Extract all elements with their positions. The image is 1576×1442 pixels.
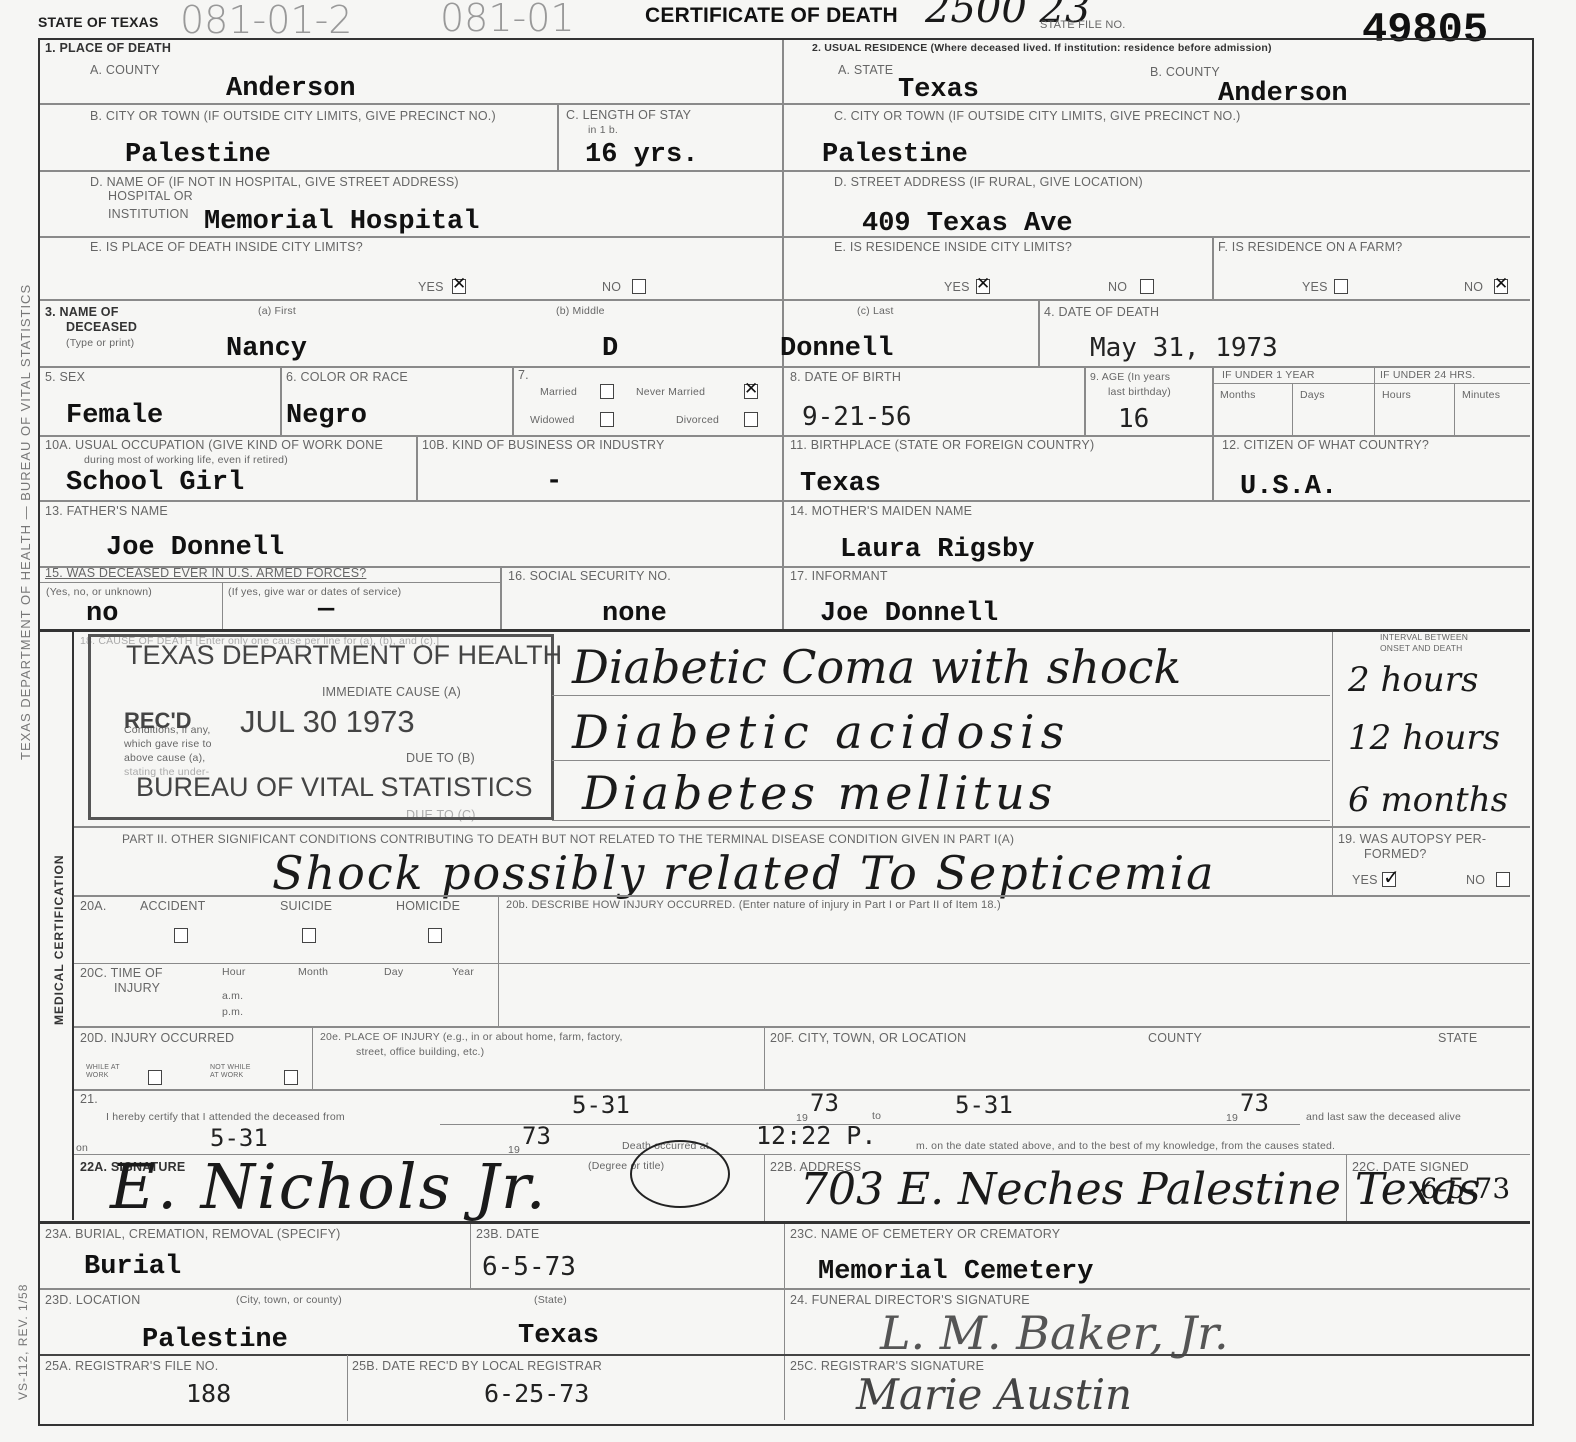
never-married-label: Never Married [636, 386, 705, 398]
signature-circle [630, 1140, 730, 1208]
last-saw-text: and last saw the deceased alive [1306, 1111, 1461, 1123]
farm-yes-checkbox[interactable] [1334, 279, 1348, 294]
under-1-year-label: IF UNDER 1 YEAR [1222, 369, 1315, 381]
ssn-divider [500, 567, 502, 629]
birthplace-value: Texas [800, 470, 881, 498]
hours-label: Hours [1382, 389, 1411, 401]
autopsy-no-label: NO [1466, 873, 1485, 887]
attended-from-value: 5-31 [572, 1091, 630, 1119]
first-name-value: Nancy [226, 335, 307, 363]
interval-label-2: ONSET AND DEATH [1380, 643, 1463, 653]
residence-limits-yes-checkbox[interactable] [976, 279, 990, 294]
state-label: STATE OF TEXAS [38, 15, 159, 29]
pm-label: p.m. [222, 1006, 243, 1018]
autopsy-yes-checkbox[interactable] [1382, 872, 1396, 887]
dob-value: 9-21-56 [802, 403, 912, 431]
autopsy-label-2: FORMED? [1364, 847, 1427, 861]
ssn-label: 16. SOCIAL SECURITY NO. [508, 569, 671, 583]
name-label: 3. NAME OF [45, 305, 119, 319]
homicide-checkbox[interactable] [428, 928, 442, 943]
age-value: 16 [1118, 405, 1149, 433]
residence-limits-no-label: NO [1108, 280, 1127, 294]
location-city-sublabel: (City, town, or county) [236, 1294, 342, 1306]
age-divider [1084, 367, 1086, 435]
death-limits-yes-label: YES [418, 280, 444, 294]
married-checkbox[interactable] [600, 384, 614, 399]
residence-city-label: c. CITY OR TOWN (If outside city limits,… [834, 109, 1241, 123]
while-at-work-label: WHILE AT WORK [86, 1064, 136, 1080]
date-received-label: 25b. DATE REC'D BY LOCAL REGISTRAR [352, 1359, 602, 1373]
occupation-label-2: during most of working life, even if ret… [84, 454, 288, 466]
accident-checkbox[interactable] [174, 928, 188, 943]
state-file-label: STATE FILE NO. [1040, 18, 1126, 32]
stamp-bureau: BUREAU OF VITAL STATISTICS [136, 772, 533, 803]
to-year-prefix: 19 [1226, 1112, 1238, 1124]
residence-city-value: Palestine [822, 141, 968, 169]
informant-value: Joe Donnell [820, 600, 998, 628]
date-of-death-value: May 31, 1973 [1090, 334, 1278, 362]
funeral-director-signature: L. M. Baker, Jr. [880, 1306, 1229, 1360]
under-year-divider [1212, 367, 1214, 435]
col-divider [470, 1224, 471, 1288]
am-label: a.m. [222, 990, 243, 1002]
widowed-checkbox[interactable] [600, 412, 614, 427]
injury-city-label: 20f. CITY, TOWN, OR LOCATION [770, 1031, 966, 1045]
interval-a-value: 2 hours [1348, 660, 1478, 700]
death-inside-limits-label: e. IS PLACE OF DEATH INSIDE CITY LIMITS? [90, 240, 363, 254]
medical-border [72, 630, 74, 1220]
row-divider [40, 236, 1530, 238]
dob-label: 8. DATE OF BIRTH [790, 370, 901, 384]
death-city-label: b. CITY OR TOWN (If outside city limits,… [90, 109, 496, 123]
accident-num-label: 20a. [80, 899, 107, 913]
marital-divider [512, 367, 514, 435]
death-limits-no-checkbox[interactable] [632, 279, 646, 294]
day-label: Day [384, 966, 403, 978]
burial-date-label: 23b. DATE [476, 1227, 539, 1241]
farm-divider [1212, 237, 1214, 299]
death-city-value: Palestine [125, 141, 271, 169]
injury-county-label: COUNTY [1148, 1031, 1202, 1045]
residence-limits-label: e. IS RESIDENCE INSIDE CITY LIMITS? [834, 240, 1072, 254]
age-label-2: last birthday) [1108, 386, 1171, 398]
mother-label: 14. MOTHER'S MAIDEN NAME [790, 504, 972, 518]
col-divider [347, 1355, 348, 1421]
suicide-checkbox[interactable] [302, 928, 316, 943]
never-married-checkbox[interactable] [744, 384, 758, 399]
farm-no-label: NO [1464, 280, 1483, 294]
residence-county-label: b. COUNTY [1150, 65, 1220, 79]
father-label: 13. FATHER'S NAME [45, 504, 168, 518]
under-divider [1214, 383, 1530, 384]
farm-no-checkbox[interactable] [1494, 279, 1508, 294]
registrar-file-label: 25a. REGISTRAR'S FILE NO. [45, 1359, 218, 1373]
ssn-value: none [602, 600, 667, 628]
part2-label: PART II. OTHER SIGNIFICANT CONDITIONS CO… [122, 832, 1014, 846]
place-of-injury-label: 20e. PLACE OF INJURY (e.g., in or about … [320, 1031, 623, 1043]
interval-c-value: 6 months [1348, 780, 1508, 820]
injury-state-label: STATE [1438, 1031, 1477, 1045]
location-label: 23d. LOCATION [45, 1293, 140, 1307]
hospital-label-2: HOSPITAL OR [108, 189, 193, 203]
residence-state-value: Texas [898, 76, 979, 104]
burial-label: 23a. BURIAL, CREMATION, REMOVAL (Specify… [45, 1227, 341, 1241]
row-divider [74, 963, 1530, 964]
col-divider [764, 1155, 765, 1221]
armed-divider [40, 582, 500, 583]
injury-occurred-label: 20d. INJURY OCCURRED [80, 1031, 234, 1045]
divorced-checkbox[interactable] [744, 412, 758, 427]
homicide-label: HOMICIDE [396, 899, 460, 913]
describe-injury-label: 20b. DESCRIBE HOW INJURY OCCURRED. (Ente… [506, 899, 1001, 911]
widowed-label: Widowed [530, 414, 575, 426]
sex-value: Female [66, 402, 163, 430]
sex-label: 5. SEX [45, 370, 85, 384]
stamp-department: TEXAS DEPARTMENT OF HEALTH [126, 640, 562, 671]
stamp-recd: REC'D [124, 708, 192, 734]
cause-line [552, 760, 1330, 761]
location-state-value: Texas [518, 1322, 599, 1350]
row-divider [74, 1089, 1530, 1091]
last-saw-value: 5-31 [210, 1124, 268, 1152]
occupation-value: School Girl [66, 469, 244, 497]
time-of-injury-label: 20c. TIME OF [80, 966, 163, 980]
business-divider [416, 436, 418, 500]
cemetery-label: 23c. NAME OF CEMETERY OR CREMATORY [790, 1227, 1060, 1241]
stay-divider [557, 104, 559, 170]
row-divider [40, 103, 1530, 105]
department-side-label: TEXAS DEPARTMENT OF HEALTH — BUREAU OF V… [18, 284, 33, 760]
father-value: Joe Donnell [106, 534, 284, 562]
burial-value: Burial [84, 1253, 181, 1281]
cemetery-value: Memorial Cemetery [818, 1258, 1093, 1286]
last-saw-year: 73 [522, 1122, 551, 1150]
row-divider [74, 826, 1530, 828]
cause-c-value: Diabetes mellitus [582, 766, 1056, 820]
location-state-sublabel: (State) [534, 1294, 567, 1306]
date-signed-value: 6-5-73 [1420, 1172, 1510, 1205]
residence-label: 2. USUAL RESIDENCE (Where deceased lived… [812, 42, 1272, 54]
cause-b-value: Diabetic acidosis [572, 705, 1070, 759]
col-divider [1292, 384, 1293, 435]
death-certificate: STATE OF TEXAS 081-01-2 081-01 CERTIFICA… [0, 0, 1576, 1442]
attended-from-year: 73 [810, 1089, 839, 1117]
residence-limits-yes-label: YES [944, 280, 970, 294]
occupation-label: 10a. USUAL OCCUPATION (Give kind of work… [45, 438, 383, 452]
section-divider [40, 1221, 1530, 1224]
handwritten-code-2: 081-01 [440, 0, 575, 40]
informant-label: 17. INFORMANT [790, 569, 888, 583]
death-county-value: Anderson [226, 75, 356, 103]
autopsy-divider [1332, 827, 1333, 895]
on-label: on [76, 1142, 88, 1154]
medical-section-divider [40, 629, 1530, 632]
date-received-value: 6-25-73 [484, 1380, 589, 1408]
row-divider [40, 435, 1530, 437]
death-limits-yes-checkbox[interactable] [452, 279, 466, 294]
month-label: Month [298, 966, 328, 978]
armed-sublabel-1: (Yes, no, or unknown) [46, 586, 152, 598]
burial-date-value: 6-5-73 [482, 1253, 576, 1281]
while-at-work-checkbox[interactable] [148, 1070, 162, 1085]
not-while-at-work-label: NOT WHILE AT WORK [210, 1064, 260, 1080]
attended-to-year: 73 [1240, 1089, 1269, 1117]
cause-line [552, 695, 1330, 696]
row-divider [40, 299, 1530, 301]
name-label-2: DECEASED [66, 320, 137, 334]
hospital-label: d. NAME OF (If not in hospital, give str… [90, 175, 459, 189]
farm-label: f. IS RESIDENCE ON A FARM? [1218, 240, 1402, 254]
col-divider [784, 1224, 785, 1420]
cause-a-value: Diabetic Coma with shock [572, 640, 1181, 694]
row-divider [74, 895, 1530, 897]
citizen-label: 12. CITIZEN OF WHAT COUNTRY? [1222, 438, 1429, 452]
stay-label: c. LENGTH OF STAY [566, 108, 691, 122]
col-divider [1454, 384, 1455, 435]
col-divider [1346, 1155, 1347, 1221]
race-label: 6. COLOR OR RACE [286, 370, 408, 384]
row-divider [74, 1026, 1530, 1028]
business-value: - [546, 468, 562, 496]
hospital-value: Memorial Hospital [204, 208, 479, 236]
attended-to-value: 5-31 [955, 1091, 1013, 1119]
autopsy-label: 19. WAS AUTOPSY PER- [1338, 832, 1486, 846]
registrar-signature: Marie Austin [856, 1370, 1132, 1419]
hospital-label-3: INSTITUTION [108, 207, 189, 221]
marital-label: 7. [518, 368, 529, 382]
stamp-date: JUL 30 1973 [240, 704, 415, 740]
race-divider [280, 367, 282, 435]
middle-name-label: (b) Middle [556, 305, 605, 317]
divorced-label: Divorced [676, 414, 719, 426]
certificate-title: CERTIFICATE OF DEATH [645, 4, 898, 28]
place-of-death-label: 1. PLACE OF DEATH [45, 41, 171, 55]
farm-yes-label: YES [1302, 280, 1328, 294]
death-limits-no-label: NO [602, 280, 621, 294]
year-label: Year [452, 966, 474, 978]
race-value: Negro [286, 402, 367, 430]
street-label: d. STREET ADDRESS (If rural, give locati… [834, 175, 1143, 189]
middle-name-value: D [602, 335, 618, 363]
col-divider [312, 1027, 313, 1089]
row-divider [40, 500, 1530, 502]
under-24-hrs-label: IF UNDER 24 HRS. [1380, 369, 1475, 381]
last-name-label: (c) Last [857, 305, 894, 317]
physician-signature: E. Nichols Jr. [110, 1150, 547, 1223]
row-divider [40, 1288, 1530, 1290]
not-while-at-work-checkbox[interactable] [284, 1070, 298, 1085]
autopsy-yes-label: YES [1352, 873, 1378, 887]
last-name-value: Donnell [780, 335, 893, 363]
knowledge-text: m. on the date stated above, and to the … [916, 1140, 1335, 1152]
mother-value: Laura Rigsby [840, 536, 1034, 564]
interval-divider [1332, 632, 1333, 827]
place-of-injury-label-2: street, office building, etc.) [356, 1046, 484, 1058]
injury-divider [498, 896, 499, 1026]
col-divider [764, 1027, 765, 1089]
location-city-value: Palestine [142, 1326, 288, 1354]
date-of-death-label: 4. DATE OF DEATH [1044, 305, 1159, 319]
citizen-value: U.S.A. [1240, 473, 1337, 501]
county-label: a. COUNTY [90, 63, 160, 77]
accident-label: ACCIDENT [140, 899, 206, 913]
first-name-label: (a) First [258, 305, 296, 317]
armed-forces-label: 15. WAS DECEASED EVER IN U.S. ARMED FORC… [45, 566, 366, 580]
armed-forces-value: no [86, 600, 118, 628]
suicide-label: SUICIDE [280, 899, 332, 913]
row-divider [40, 366, 1530, 368]
citizen-divider [1212, 436, 1214, 500]
birthplace-label: 11. BIRTHPLACE (State or foreign country… [790, 438, 1094, 452]
name-label-3: (Type or print) [66, 337, 134, 349]
residence-state-label: a. STATE [838, 63, 893, 77]
row-divider [40, 1354, 1530, 1356]
cause-line [552, 820, 1330, 821]
hour-label: Hour [222, 966, 246, 978]
attended-text: I hereby certify that I attended the dec… [106, 1111, 345, 1123]
dod-divider [1038, 300, 1040, 366]
months-label: Months [1220, 389, 1256, 401]
autopsy-no-checkbox[interactable] [1496, 872, 1510, 887]
form-number-label: VS-112, REV. 1/58 [16, 1284, 30, 1400]
col-divider [1374, 368, 1375, 435]
certification-num-label: 21. [80, 1092, 98, 1106]
funeral-director-label: 24. FUNERAL DIRECTOR'S SIGNATURE [790, 1293, 1030, 1307]
part2-value: Shock possibly related To Septicemia [272, 846, 1216, 900]
interval-label-1: INTERVAL BETWEEN [1380, 632, 1468, 642]
time-of-injury-label-2: INJURY [114, 981, 160, 995]
age-label: 9. AGE (In years [1090, 371, 1170, 383]
armed-dates-value: — [318, 596, 334, 624]
handwritten-code-1: 081-01-2 [180, 0, 352, 42]
street-value: 409 Texas Ave [862, 210, 1073, 238]
days-label: Days [1300, 389, 1325, 401]
residence-limits-no-checkbox[interactable] [1140, 279, 1154, 294]
stay-sublabel: in 1 b. [588, 124, 618, 136]
row-divider [40, 170, 1530, 172]
minutes-label: Minutes [1462, 389, 1500, 401]
married-label: Married [540, 386, 577, 398]
business-label: 10b. KIND OF BUSINESS OR INDUSTRY [422, 438, 665, 452]
armed-sublabel-2: (If yes, give war or dates of service) [228, 586, 401, 598]
stay-value: 16 yrs. [585, 141, 698, 169]
death-time-value: 12:22 P. [756, 1122, 876, 1150]
interval-b-value: 12 hours [1348, 718, 1500, 758]
registrar-file-value: 188 [186, 1380, 231, 1408]
armed-col-divider [222, 583, 223, 629]
